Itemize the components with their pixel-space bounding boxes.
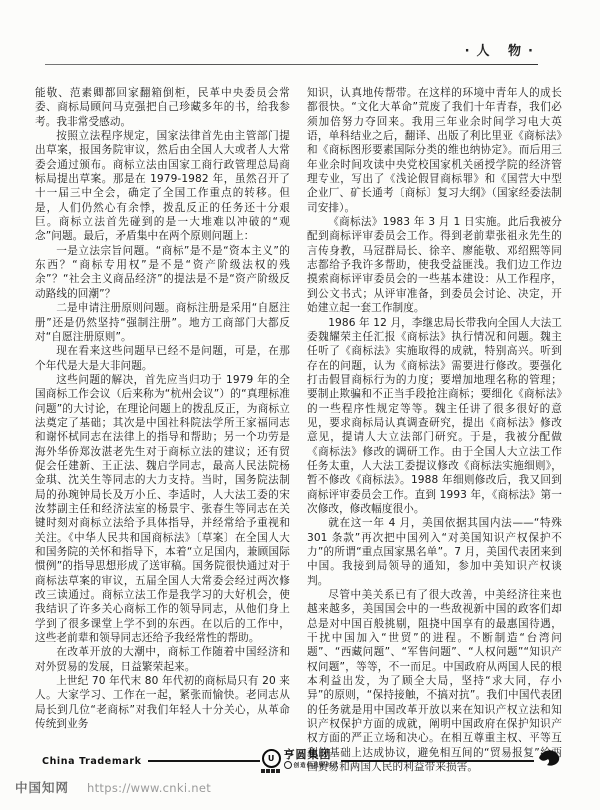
paragraph: 《商标法》1983 年 3 月 1 日实施。此后我被分配到商标评审委员会工作。得… bbox=[307, 215, 562, 315]
paragraph: 现在看来这些问题早已经不是问题，可是，在那个年代是大是大非问题。 bbox=[35, 344, 290, 373]
paragraph: 在改革开放的大潮中，商标工作随着中国经济和对外贸易的发展，日益繁荣起来。 bbox=[35, 645, 290, 674]
left-column: 能敬、范素卿都回家翻箱倒柜，民革中央委员会常委、商标局顾问马克强把自己珍藏多年的… bbox=[35, 86, 290, 775]
paragraph: 就在这一年 4 月，美国依据其国内法——“特殊 301 条款”再次把中国列入“对… bbox=[307, 516, 562, 588]
paragraph: 按照立法程序规定，国家法律首先由主管部门提出草案，报国务院审议，然后由全国人大或… bbox=[35, 129, 290, 244]
section-label: ·人 物· bbox=[465, 40, 540, 59]
cnki-watermark: 中国知网 https://www.cnki.net bbox=[15, 778, 211, 796]
cnki-site-url: https://www.cnki.net bbox=[87, 781, 211, 795]
cnki-site-name: 中国知网 bbox=[15, 778, 69, 796]
bird-ink-mark-icon bbox=[536, 748, 562, 772]
footer-rule-left bbox=[148, 760, 260, 762]
footer-rule-right bbox=[341, 760, 534, 762]
paragraph: 1986 年 12 月，李继忠局长带我向全国人大法工委魏耀荣主任汇报《商标法》执… bbox=[307, 316, 562, 517]
paragraph: 能敬、范素卿都回家翻箱倒柜，民革中央委员会常委、商标局顾问马克强把自己珍藏多年的… bbox=[35, 86, 290, 129]
paragraph: 二是申请注册原则问题。商标注册是采用“自愿注册”还是仍然坚持“强制注册”。地方工… bbox=[35, 301, 290, 344]
paragraph: 这些问题的解决，首先应当归功于 1979 年的全国商标工作会议（后来称为“杭州会… bbox=[35, 373, 290, 646]
paragraph: 知识，认真地传帮带。在这样的环境中青年人的成长都很快。“文化大革命”荒废了我们十… bbox=[307, 86, 562, 215]
header-rule bbox=[45, 64, 538, 65]
publisher-logo-icon: U bbox=[262, 749, 281, 768]
footer-brand-bar: China Trademark U 亨圆集团 创造信息新时代 bbox=[42, 746, 562, 776]
paragraph: 一是立法宗旨问题。“商标”是不是“资本主义”的东西？“商标专用权”是不是“资产阶… bbox=[35, 244, 290, 301]
journal-name-english: China Trademark bbox=[42, 756, 142, 767]
right-column: 知识，认真地传帮带。在这样的环境中青年人的成长都很快。“文化大革命”荒废了我们十… bbox=[307, 86, 562, 775]
article-body: 能敬、范素卿都回家翻箱倒柜，民革中央委员会常委、商标局顾问马克强把自己珍藏多年的… bbox=[35, 86, 562, 775]
journal-page: ·人 物· 能敬、范素卿都回家翻箱倒柜，民革中央委员会常委、商标局顾问马克强把自… bbox=[0, 0, 600, 810]
small-circled-mark bbox=[284, 761, 292, 769]
publisher-logo-name: 亨圆集团 bbox=[284, 749, 340, 760]
publisher-logo-tagline: 创造信息新时代 bbox=[294, 761, 340, 769]
logo-subtext-marks bbox=[261, 769, 280, 773]
paragraph: 上世纪 70 年代末 80 年代初的商标局只有 20 来人。大家学习、工作在一起… bbox=[35, 674, 290, 731]
publisher-logo: U 亨圆集团 创造信息新时代 bbox=[262, 749, 340, 769]
